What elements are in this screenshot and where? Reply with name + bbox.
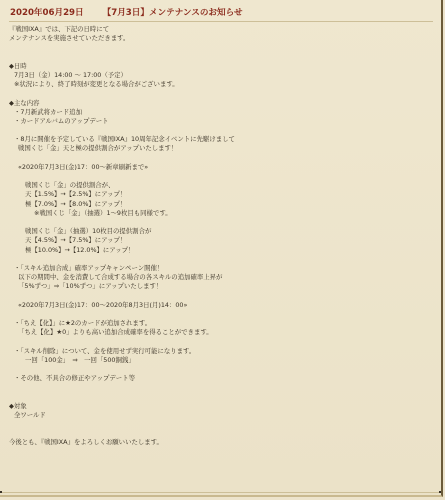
rate-note: ※戦国くじ「金」（抽選）1～9枚目も同様です。 <box>9 209 429 218</box>
corner-marker <box>0 491 2 493</box>
skill-campaign-period: «2020年7月3日(金)17：00～2020年8月3日(月)14：00» <box>9 301 429 310</box>
chie-line: ・「ちえ【化】」に★2のカードが追加されます。 <box>9 319 429 328</box>
notice-header: 2020年06月29日 【7月3日】メンテナンスのお知らせ <box>9 7 433 22</box>
other-item: ・その他、不具合の修正やアップデート等 <box>9 374 429 383</box>
bottom-divider <box>0 492 441 493</box>
rate-line: 天【4.5%】→【7.5%】にアップ！ <box>9 236 429 245</box>
rate-line: 天【1.5%】→【2.5%】にアップ！ <box>9 190 429 199</box>
closing-line: 今後とも、『戦国IXA』をよろしくお願いいたします。 <box>9 438 429 447</box>
rate-line: 戦国くじ「金」（抽選）10枚目の提供割合が <box>9 227 429 236</box>
skill-campaign-line: ・「スキル追加合成」確率アップキャンペーン開催！ <box>9 264 429 273</box>
intro-line: メンテナンスを実施させていただきます。 <box>9 34 429 43</box>
notice-date: 2020年06月29日 <box>10 8 84 18</box>
notice-body: 『戦国IXA』では、下記の日時にて メンテナンスを実施させていただきます。 ◆日… <box>9 25 429 448</box>
rate-line: 極【7.0%】→【8.0%】にアップ！ <box>9 200 429 209</box>
schedule-heading: ◆日時 <box>9 62 429 71</box>
event-line: 戦国くじ「金」天と極の提供割合がアップいたします！ <box>9 144 429 153</box>
skill-delete-line: 一回「100金」 ⇒ 一回「500銅銭」 <box>9 356 429 365</box>
event-period: «2020年7月3日(金)17：00～新章刷新まで» <box>9 163 429 172</box>
schedule-note: ※状況により、終了時刻が変更となる場合がございます。 <box>9 80 429 89</box>
rate-line: 極【10.0%】→【12.0%】にアップ！ <box>9 246 429 255</box>
target-heading: ◆対象 <box>9 402 429 411</box>
notice-title: 【7月3日】メンテナンスのお知らせ <box>103 8 243 18</box>
intro-line: 『戦国IXA』では、下記の日時にて <box>9 25 429 34</box>
chie-line: 「ちえ【化】★0」よりも高い追加合成確率を得ることができます。 <box>9 328 429 337</box>
skill-campaign-line: 「5%ずつ」⇒「10%ずつ」にアップいたします！ <box>9 282 429 291</box>
notice-panel: 2020年06月29日 【7月3日】メンテナンスのお知らせ 『戦国IXA』では、… <box>0 0 443 497</box>
contents-heading: ◆主な内容 <box>9 99 429 108</box>
target-value: 全ワールド <box>9 411 429 420</box>
rate-line: 戦国くじ「金」の提供割合が、 <box>9 181 429 190</box>
content-item: ・カードアルバムのアップデート <box>9 117 429 126</box>
corner-marker <box>439 491 441 493</box>
skill-campaign-line: 以下の期間中、金を消費して合成する場合の各スキルの追加確率上昇が <box>9 273 429 282</box>
skill-delete-line: ・「スキル削除」について、金を使用せず実行可能になります。 <box>9 347 429 356</box>
content-item: ・7月新武将カード追加 <box>9 108 429 117</box>
schedule-time: 7月3日（金）14:00 ～ 17:00（予定） <box>9 71 429 80</box>
